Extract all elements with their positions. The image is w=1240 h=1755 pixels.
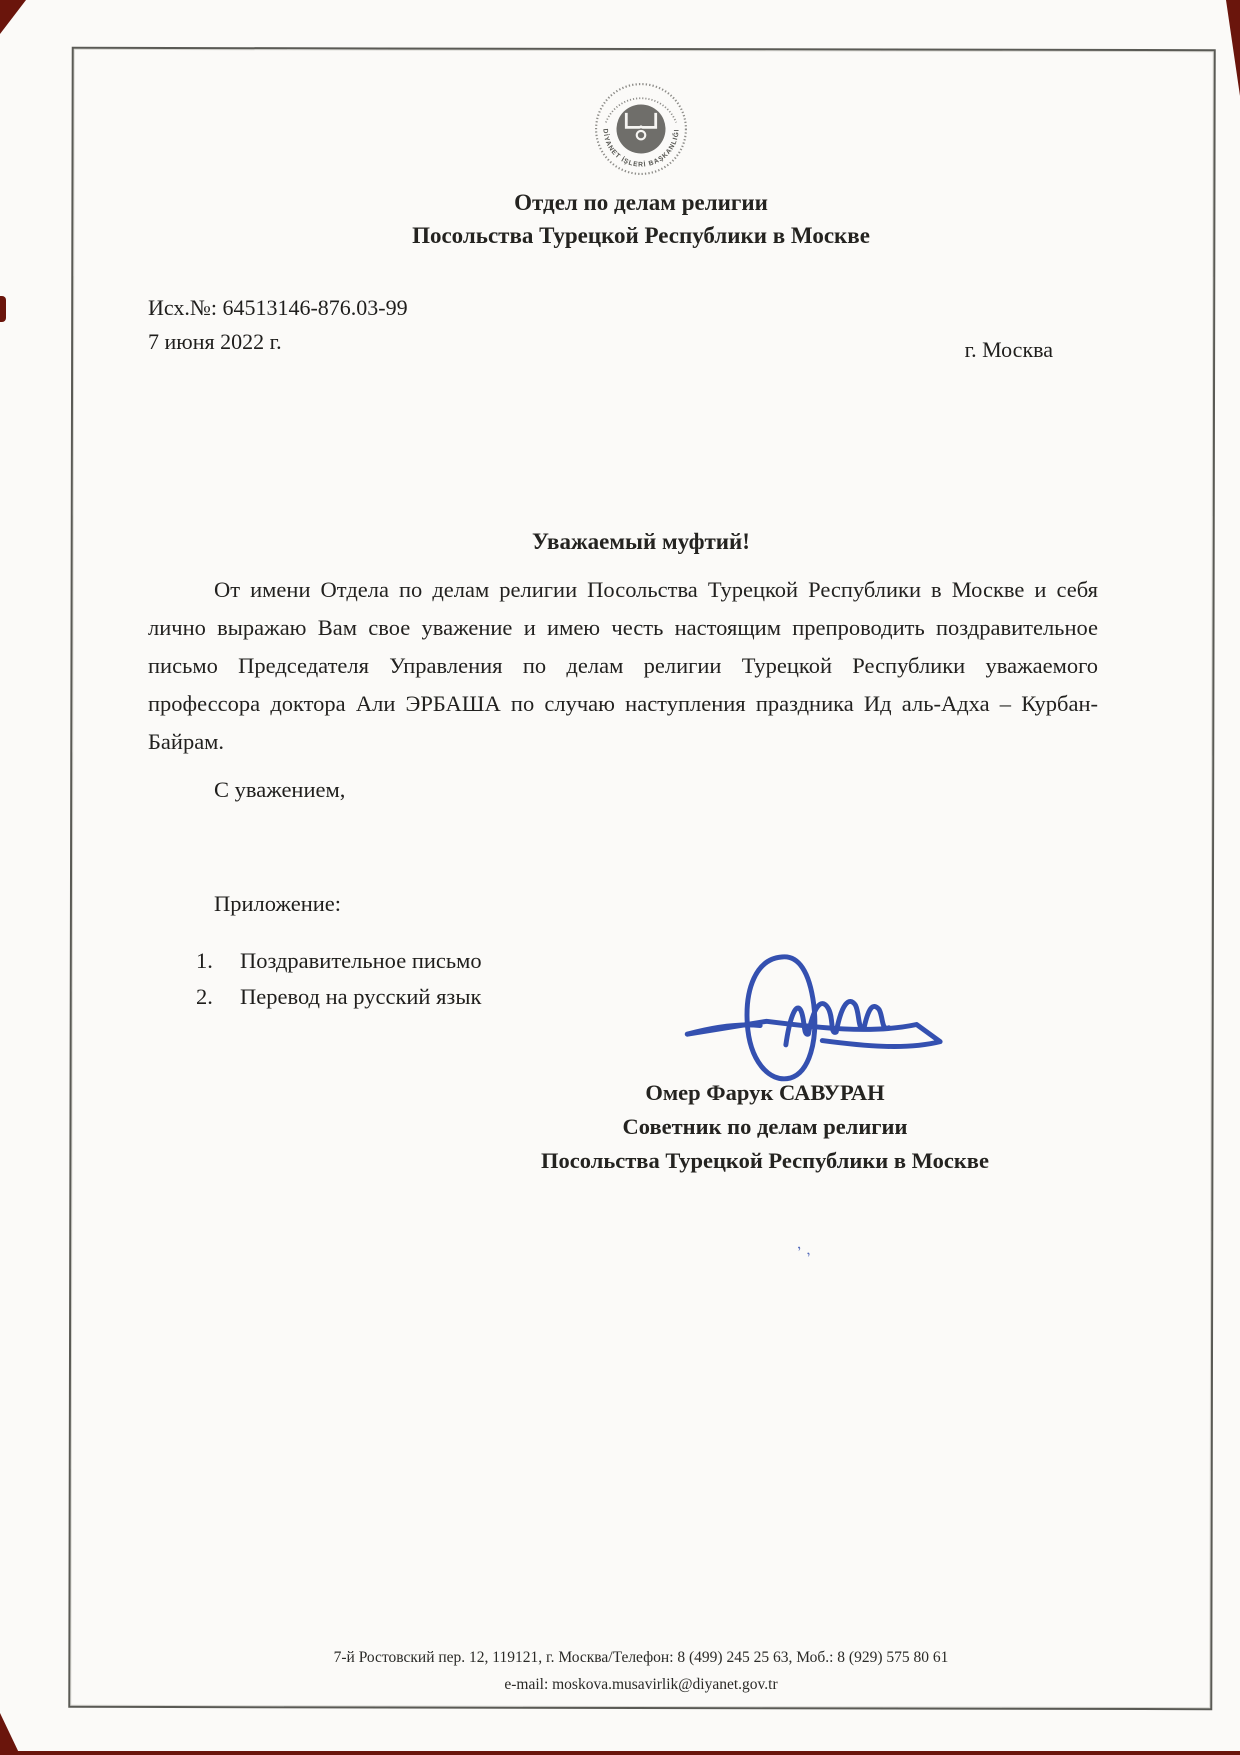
letter-city: г. Москва [965, 337, 1053, 363]
handwritten-signature [678, 942, 958, 1092]
diyanet-seal-icon: DİYANET İŞLERİ BAŞKANLIĞI [592, 80, 690, 178]
letterhead-title: Отдел по делам религии Посольства Турецк… [70, 186, 1212, 252]
closing-line: С уважением, [214, 777, 345, 803]
signer-block: Омер Фарук САВУРАН Советник по делам рел… [430, 1076, 1100, 1178]
letterhead-title-line2: Посольства Турецкой Республики в Москве [70, 219, 1212, 252]
outgoing-ref-number: Исх.№: 64513146-876.03-99 [148, 295, 408, 321]
scan-corner-artifact-bottom-left [0, 1713, 20, 1755]
scan-edge-artifact-bottom [0, 1751, 1240, 1755]
attachment-item: 2. Перевод на русский язык [196, 979, 482, 1015]
letter-date: 7 июня 2022 г. [148, 329, 282, 355]
signer-title-line2: Посольства Турецкой Республики в Москве [430, 1144, 1100, 1178]
salutation: Уважаемый муфтий! [70, 529, 1212, 555]
diyanet-seal-logo: DİYANET İŞLERİ BAŞKANLIĞI [592, 80, 690, 178]
footer-contact: 7-й Ростовский пер. 12, 119121, г. Москв… [70, 1644, 1212, 1698]
scan-edge-artifact-left [0, 296, 6, 322]
attachment-item-number: 1. [196, 943, 240, 979]
body-paragraph: От имени Отдела по делам религии Посольс… [148, 571, 1098, 761]
attachment-item-text: Поздравительное письмо [240, 943, 482, 979]
attachments-list: 1. Поздравительное письмо 2. Перевод на … [196, 943, 482, 1015]
attachments-label: Приложение: [214, 891, 341, 917]
footer-email: e-mail: moskova.musavirlik@diyanet.gov.t… [70, 1671, 1212, 1698]
footer-address-phone: 7-й Ростовский пер. 12, 119121, г. Москв… [70, 1644, 1212, 1671]
signature-ink-icon [678, 942, 958, 1092]
attachment-item-text: Перевод на русский язык [240, 979, 481, 1015]
attachment-item: 1. Поздравительное письмо [196, 943, 482, 979]
scan-corner-artifact-top-left [0, 0, 26, 34]
scanned-letter-page: DİYANET İŞLERİ BAŞKANLIĞI Отдел по делам… [0, 0, 1240, 1755]
signer-name: Омер Фарук САВУРАН [430, 1076, 1100, 1110]
signer-title-line1: Советник по делам религии [430, 1110, 1100, 1144]
letterhead-title-line1: Отдел по делам религии [70, 186, 1212, 219]
attachment-item-number: 2. [196, 979, 240, 1015]
scan-corner-artifact-top-right [1226, 0, 1240, 96]
